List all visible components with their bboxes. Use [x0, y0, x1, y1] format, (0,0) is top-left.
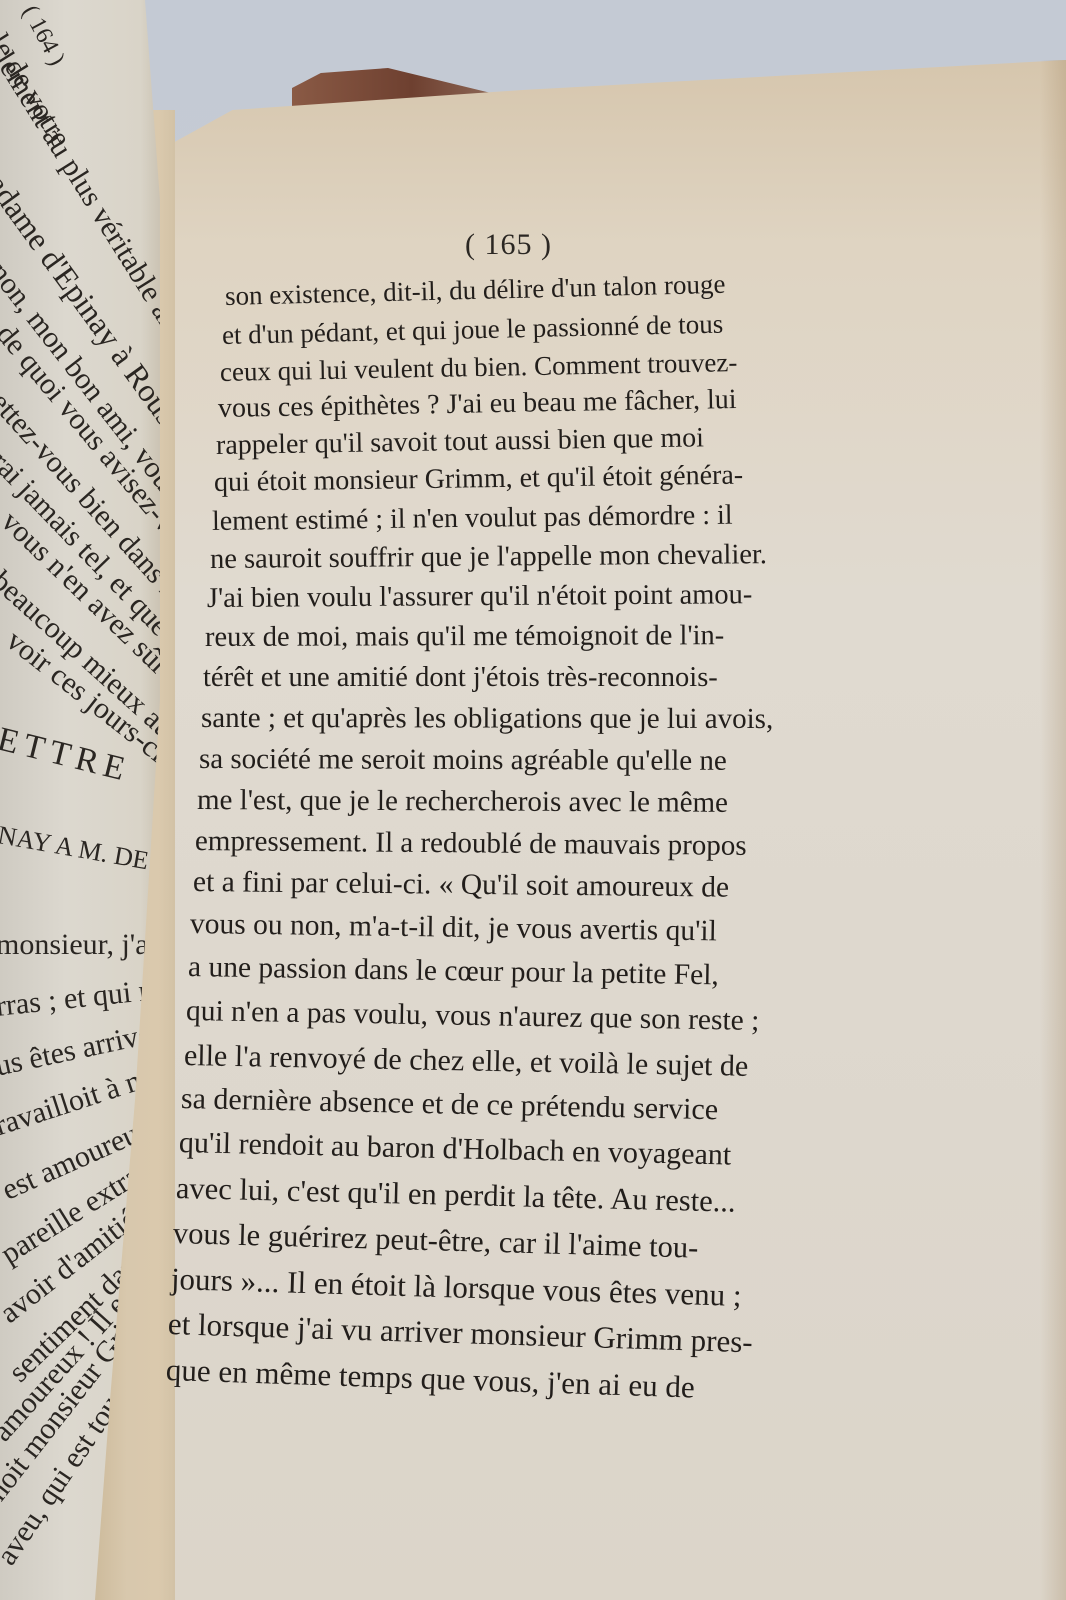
text-line: lement estimé ; il n'en voulut pas démor… — [212, 500, 733, 538]
right-page-edge — [1040, 60, 1066, 1600]
text-line: J'ai bien voulu l'assurer qu'il n'étoit … — [207, 579, 753, 615]
page-number: ( 165 ) — [465, 228, 552, 262]
text-line: me l'est, que je le rechercherois avec l… — [197, 784, 728, 820]
text-line: sante ; et qu'après les obligations que … — [201, 702, 773, 736]
left-page-line: rras ; et qui n'en aroit — [0, 963, 165, 1023]
left-page-line: monsieur, j'avois bien de — [0, 928, 165, 962]
left-page-subheading: NAY A M. DE LISIEUX — [0, 820, 165, 895]
text-line: reux de moi, mais qu'il me témoignoit de… — [205, 620, 724, 654]
text-line: et a fini par celui-ci. « Qu'il soit amo… — [193, 866, 729, 905]
text-line: empressement. Il a redoublé de mauvais p… — [195, 825, 747, 863]
text-line: sa société me seroit moins agréable qu'e… — [199, 743, 727, 778]
text-line: ne sauroit souffrir que je l'appelle mon… — [210, 539, 767, 576]
text-line: térêt et une amitié dont j'étois très-re… — [203, 662, 718, 694]
